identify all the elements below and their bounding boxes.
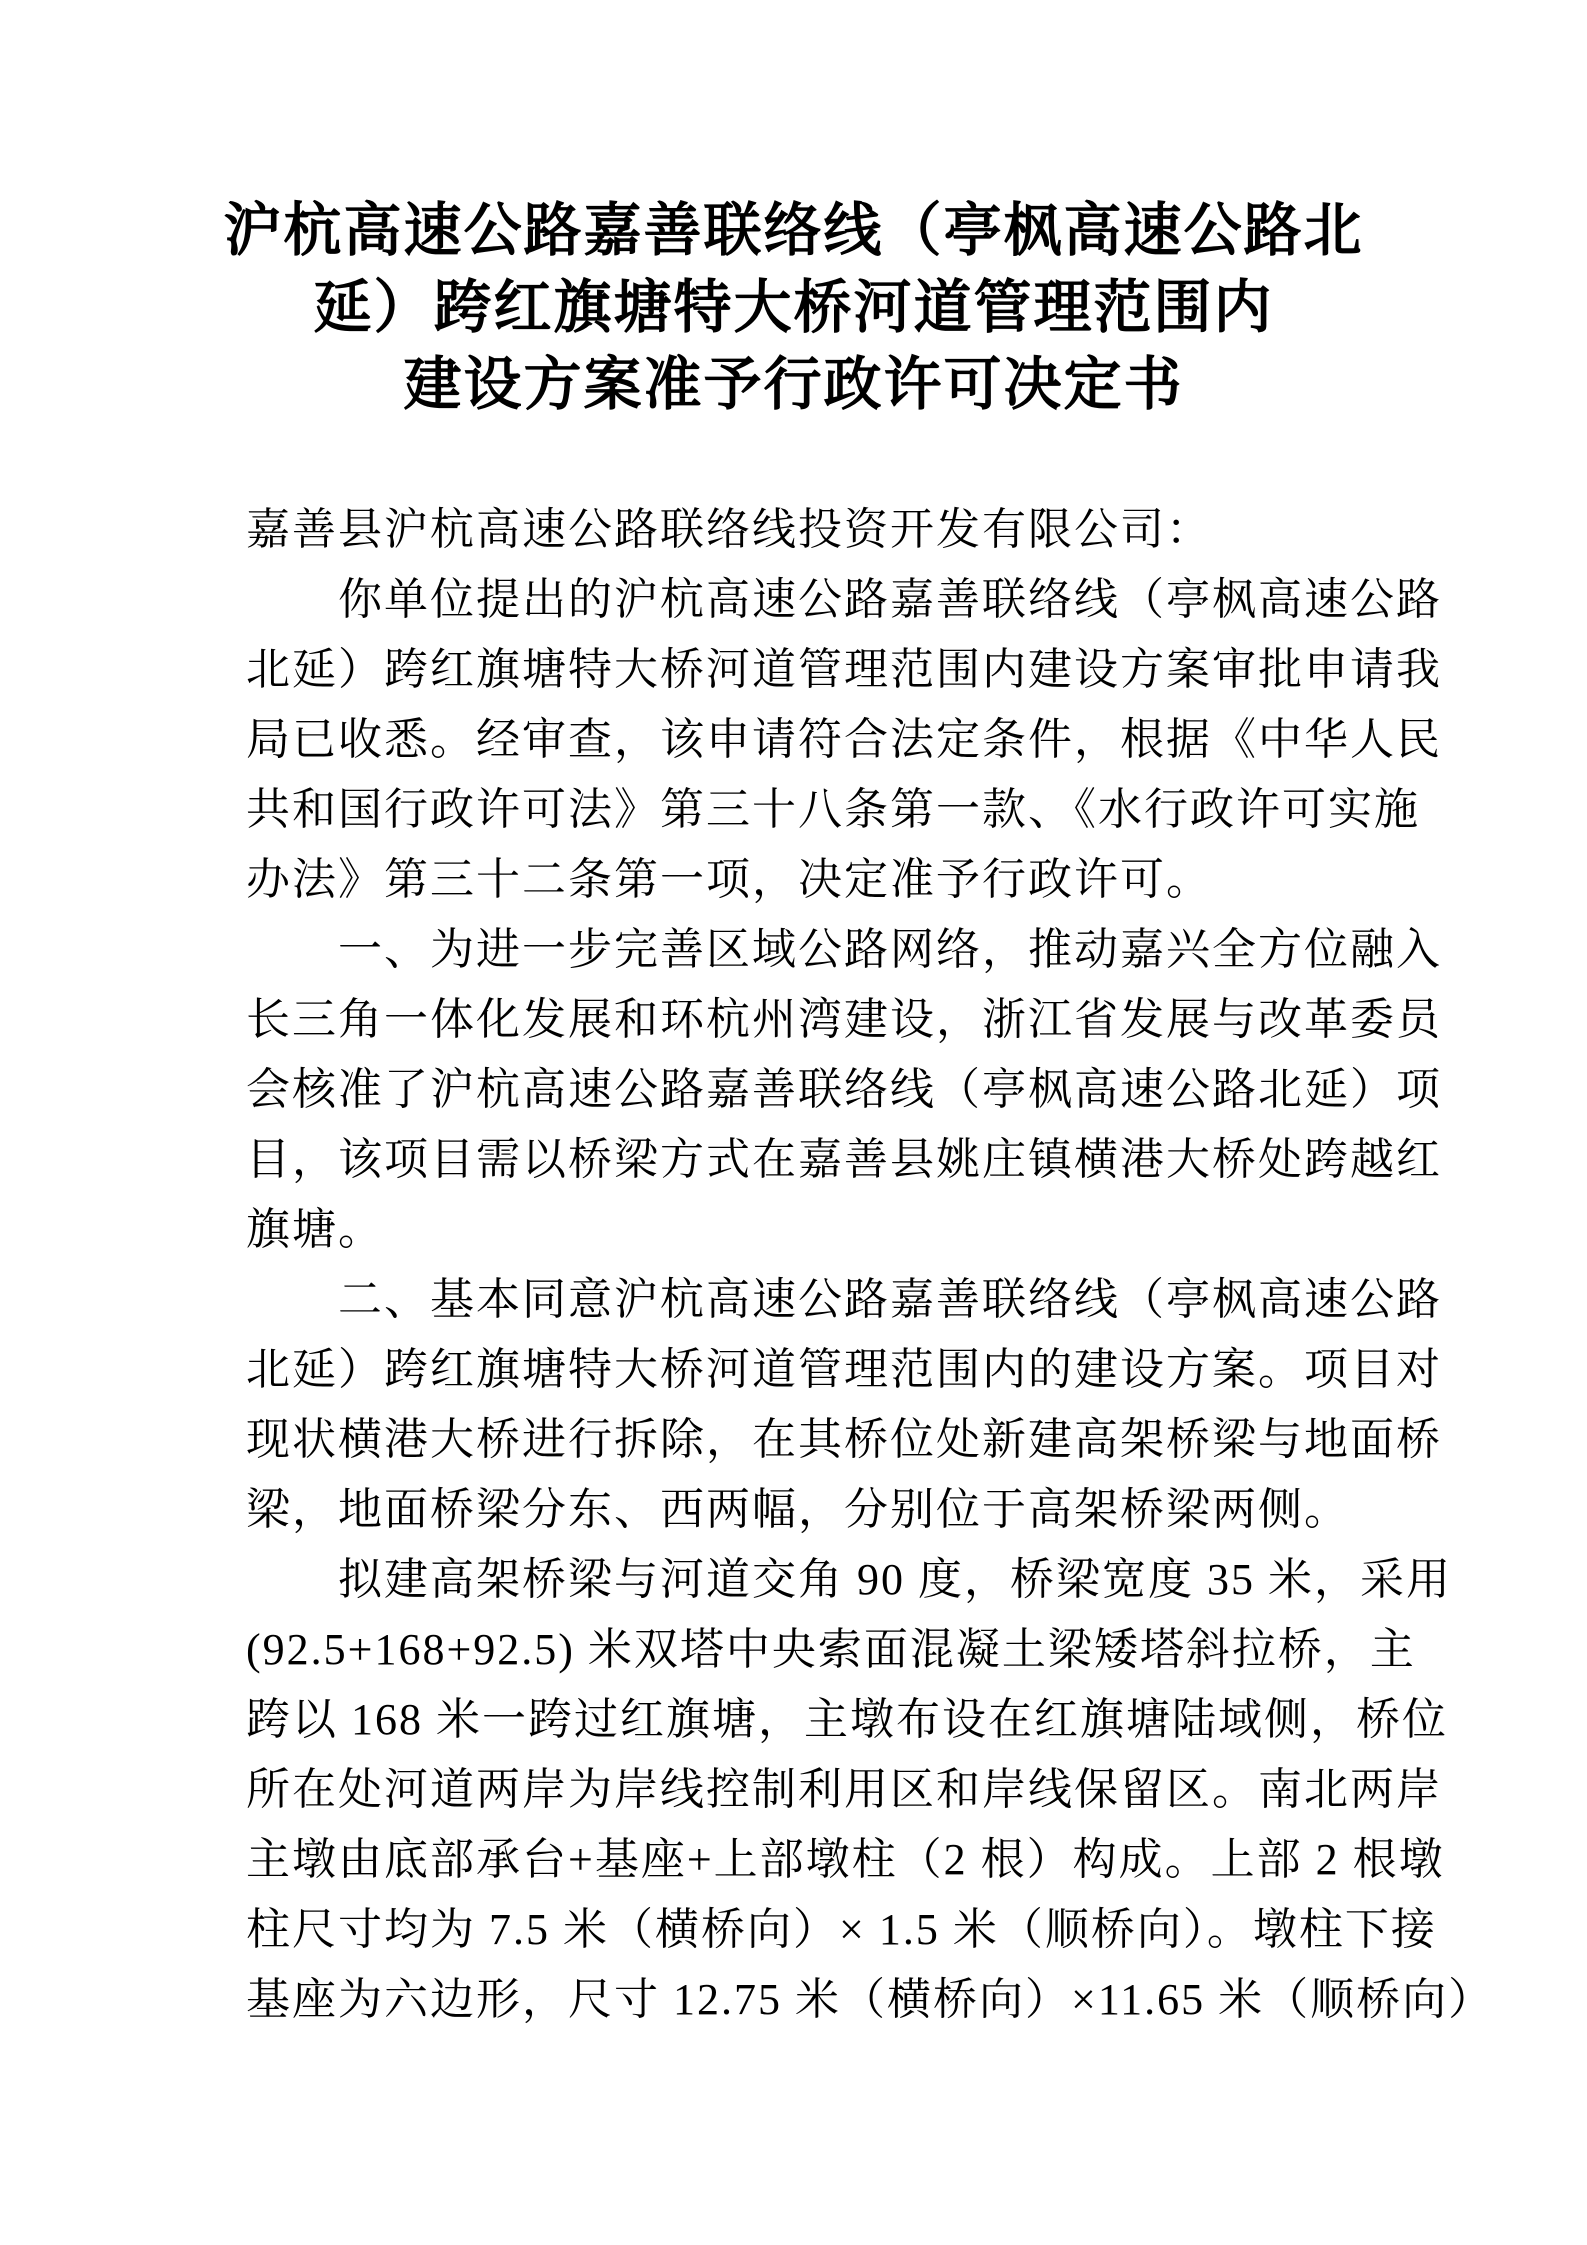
body-line: 基座为六边形，尺寸 12.75 米（横桥向）×11.65 米（顺桥向） [246, 1965, 1347, 2035]
body-line: 所在处河道两岸为岸线控制利用区和岸线保留区。南北两岸 [246, 1755, 1347, 1825]
body-line: 旗塘。 [246, 1195, 1347, 1265]
document-page: 沪杭高速公路嘉善联络线（亭枫高速公路北 延）跨红旗塘特大桥河道管理范围内 建设方… [0, 0, 1587, 2245]
title-line-3: 建设方案准予行政许可决定书 [0, 346, 1587, 423]
title-line-2: 延）跨红旗塘特大桥河道管理范围内 [0, 269, 1587, 346]
body-line: 长三角一体化发展和环杭州湾建设，浙江省发展与改革委员 [246, 985, 1347, 1055]
body-line: 会核准了沪杭高速公路嘉善联络线（亭枫高速公路北延）项 [246, 1055, 1347, 1125]
body-line: 北延）跨红旗塘特大桥河道管理范围内建设方案审批申请我 [246, 635, 1347, 705]
body-line: 梁，地面桥梁分东、西两幅，分别位于高架桥梁两侧。 [246, 1475, 1347, 1545]
body-line: (92.5+168+92.5) 米双塔中央索面混凝土梁矮塔斜拉桥，主 [246, 1615, 1347, 1685]
title-line-1: 沪杭高速公路嘉善联络线（亭枫高速公路北 [0, 192, 1587, 269]
body-line: 办法》第三十二条第一项，决定准予行政许可。 [246, 845, 1347, 915]
document-title: 沪杭高速公路嘉善联络线（亭枫高速公路北 延）跨红旗塘特大桥河道管理范围内 建设方… [0, 0, 1587, 423]
document-body: 嘉善县沪杭高速公路联络线投资开发有限公司： 你单位提出的沪杭高速公路嘉善联络线（… [246, 495, 1347, 2035]
body-line: 你单位提出的沪杭高速公路嘉善联络线（亭枫高速公路 [246, 565, 1347, 635]
body-line: 拟建高架桥梁与河道交角 90 度，桥梁宽度 35 米，采用 [246, 1545, 1347, 1615]
body-line: 柱尺寸均为 7.5 米（横桥向）× 1.5 米（顺桥向）。墩柱下接 [246, 1895, 1347, 1965]
body-line: 一、为进一步完善区域公路网络，推动嘉兴全方位融入 [246, 915, 1347, 985]
body-line: 目，该项目需以桥梁方式在嘉善县姚庄镇横港大桥处跨越红 [246, 1125, 1347, 1195]
body-line: 现状横港大桥进行拆除，在其桥位处新建高架桥梁与地面桥 [246, 1405, 1347, 1475]
body-line: 北延）跨红旗塘特大桥河道管理范围内的建设方案。项目对 [246, 1335, 1347, 1405]
body-line: 局已收悉。经审查，该申请符合法定条件，根据《中华人民 [246, 705, 1347, 775]
body-line: 二、基本同意沪杭高速公路嘉善联络线（亭枫高速公路 [246, 1265, 1347, 1335]
body-line: 主墩由底部承台+基座+上部墩柱（2 根）构成。上部 2 根墩 [246, 1825, 1347, 1895]
salutation-line: 嘉善县沪杭高速公路联络线投资开发有限公司： [246, 495, 1347, 565]
body-line: 共和国行政许可法》第三十八条第一款、《水行政许可实施 [246, 775, 1347, 845]
body-line: 跨以 168 米一跨过红旗塘，主墩布设在红旗塘陆域侧，桥位 [246, 1685, 1347, 1755]
